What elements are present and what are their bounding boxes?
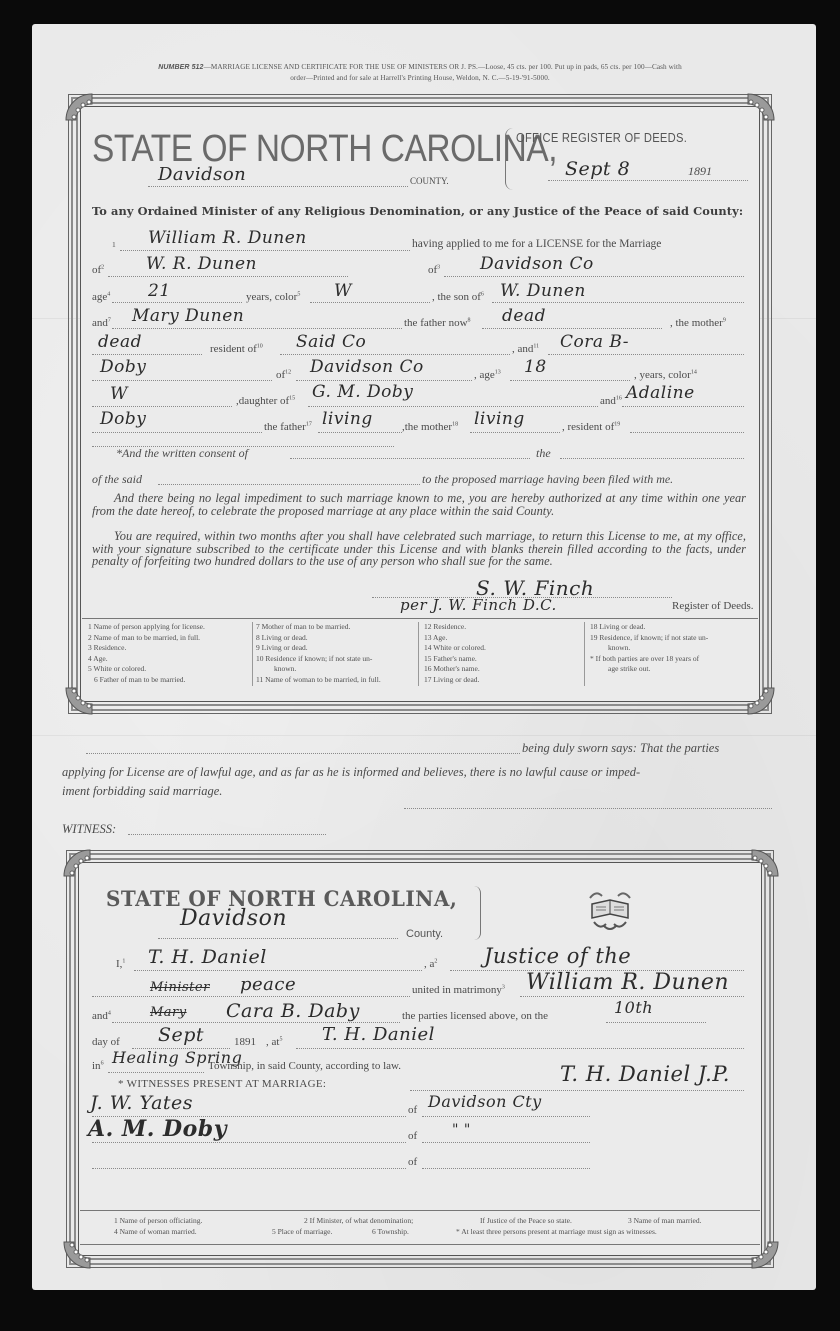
cert-footnote: If Justice of the Peace so state. (480, 1216, 572, 1227)
corner-ornament-icon (62, 684, 96, 718)
struck-woman-text: Mary (150, 1005, 187, 1020)
woman-age: 18 (524, 357, 547, 377)
printer-note: NUMBER 512—MARRIAGE LICENSE AND CERTIFIC… (60, 62, 780, 84)
woman-residence: Davidson Co (310, 357, 424, 377)
license-county-value: Davidson (158, 164, 246, 185)
witness-2-residence: " " (452, 1122, 471, 1138)
affidavit-line2: applying for License are of lawful age, … (62, 765, 640, 780)
marriage-place: T. H. Daniel (322, 1024, 435, 1045)
affidavit-line1: being duly sworn says: That the parties (522, 741, 719, 756)
corner-ornament-icon (62, 90, 96, 124)
open-book-emblem-icon (584, 888, 636, 932)
woman-name-part2: Doby (100, 357, 146, 377)
officiant-title-part2: peace (240, 974, 296, 995)
man-residence: Davidson Co (480, 254, 594, 274)
license-year: 1891 (688, 164, 712, 179)
return-requirement-paragraph: You are required, within two months afte… (92, 530, 746, 568)
officiant-name: T. H. Daniel (148, 946, 267, 968)
woman-color: W (110, 384, 128, 404)
cert-footnote: * At least three persons present at marr… (456, 1227, 657, 1238)
cert-footnote: 1 Name of person officiating. (114, 1216, 202, 1227)
register-of-deeds-label: Register of Deeds. (672, 600, 754, 612)
license-footnotes-col1: 1 Name of person applying for license.2 … (88, 622, 205, 685)
corner-ornament-icon (748, 846, 782, 880)
form-number: NUMBER 512 (158, 64, 203, 71)
officiant-signature: T. H. Daniel J.P. (560, 1062, 730, 1086)
witness-1-name: J. W. Yates (90, 1092, 193, 1114)
fold-line (32, 735, 816, 736)
license-date-value: Sept 8 (565, 158, 630, 180)
corner-ornament-icon (60, 846, 94, 880)
authorization-paragraph: And there being no legal impediment to s… (92, 492, 746, 517)
cert-footnote: 4 Name of woman married. (114, 1227, 197, 1238)
marriage-year: 1891 (234, 1036, 256, 1048)
woman-mother-status: living (474, 409, 525, 429)
license-footnotes-col2: 7 Mother of man to be married.8 Living o… (256, 622, 381, 685)
man-father-status: dead (502, 306, 546, 326)
woman-mother-part2: Doby (100, 409, 146, 429)
man-mother-status: dead (98, 332, 142, 352)
corner-ornament-icon (744, 90, 778, 124)
woman-father-name: G. M. Doby (312, 382, 413, 402)
man-name: W. R. Dunen (146, 254, 257, 274)
witness-1-residence: Davidson Cty (428, 1092, 542, 1111)
cert-footnote: 5 Place of marriage. (272, 1227, 332, 1238)
marriage-day: 10th (614, 998, 653, 1017)
certificate-brace (474, 886, 481, 940)
man-parents-residence: Said Co (296, 332, 366, 352)
certificate-county-value: Davidson (180, 906, 287, 931)
man-color: W (334, 281, 352, 301)
affidavit-line3: iment forbidding said marriage. (62, 784, 222, 799)
woman-father-status: living (322, 409, 373, 429)
salutation: To any Ordained Minister of any Religiou… (92, 204, 743, 218)
header-brace (505, 128, 514, 190)
cert-footnote: 2 If Minister, of what denomination; (304, 1216, 413, 1227)
license-frame (68, 94, 772, 714)
certificate-woman-name: Cara B. Daby (226, 1000, 360, 1022)
man-father-name: W. Dunen (500, 281, 586, 301)
cert-footnote: 3 Name of man married. (628, 1216, 702, 1227)
officiant-title-part1: Justice of the (484, 944, 631, 968)
witnesses-label: * WITNESSES PRESENT AT MARRIAGE: (118, 1078, 326, 1090)
woman-name-part1: Cora B- (560, 332, 629, 352)
license-footnotes-col4: 18 Living or dead.19 Residence, if known… (590, 622, 708, 675)
witness-label: WITNESS: (62, 822, 116, 837)
certificate-man-name: William R. Dunen (526, 970, 729, 995)
cert-footnote: 6 Township. (372, 1227, 409, 1238)
consent-label: *And the written consent of (116, 446, 248, 461)
corner-ornament-icon (744, 684, 778, 718)
witness-2-name: A. M. Doby (88, 1116, 227, 1142)
license-footnotes-col3: 12 Residence.13 Age.14 White or colored.… (424, 622, 486, 685)
printer-note-line2: order—Printed and for sale at Harrell's … (60, 73, 780, 84)
certificate-county-label: County. (406, 928, 443, 940)
man-mother-name: Mary Dunen (132, 306, 244, 326)
man-age: 21 (148, 281, 171, 301)
office-register-label: OFFICE REGISTER OF DEEDS. (516, 130, 687, 145)
applicant-name: William R. Dunen (148, 228, 307, 248)
county-label: COUNTY. (410, 176, 449, 186)
struck-minister-text: Minister (150, 980, 210, 995)
deputy-signature: per J. W. Finch D.C. (400, 596, 557, 614)
printer-note-line1: —MARRIAGE LICENSE AND CERTIFICATE FOR TH… (204, 63, 682, 71)
marriage-month: Sept (158, 1024, 204, 1046)
woman-mother-part1: Adaline (626, 383, 695, 403)
